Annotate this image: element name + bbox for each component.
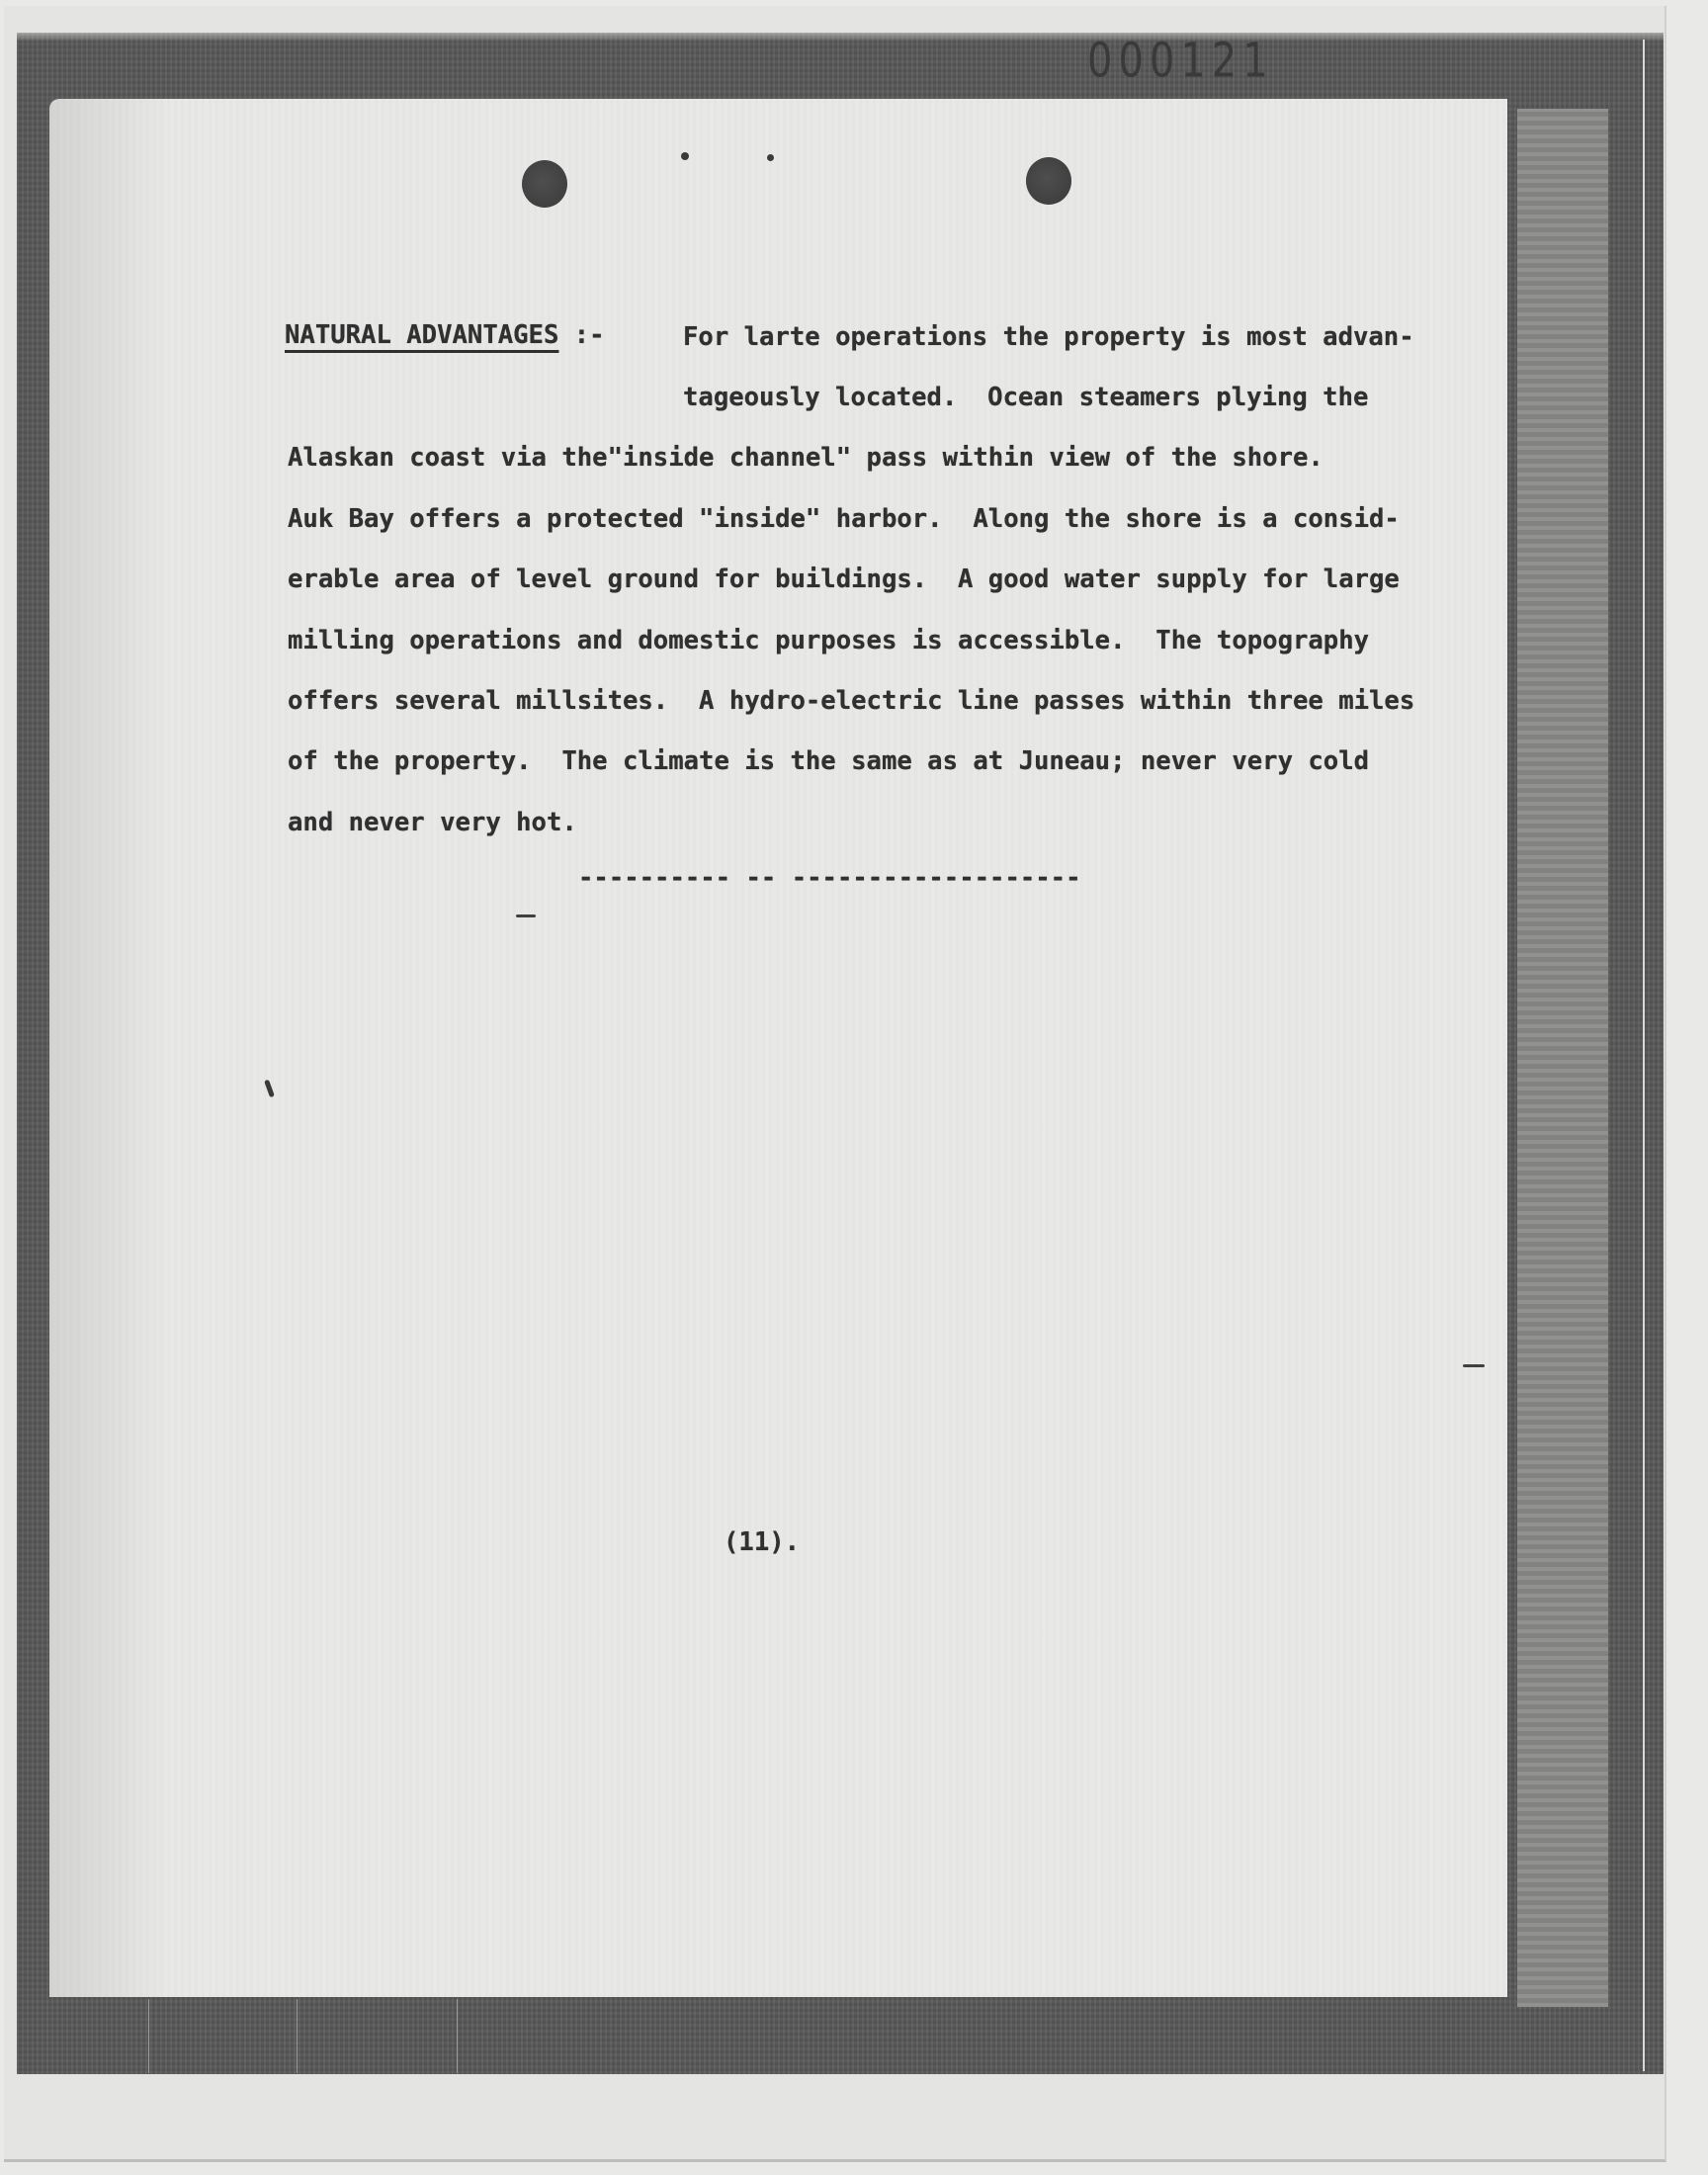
body-line: of the property. The climate is the same…	[288, 749, 1369, 775]
stray-mark	[1463, 1364, 1485, 1367]
section-heading: NATURAL ADVANTAGES :-	[285, 323, 605, 349]
frame-right-band	[1517, 109, 1608, 2007]
body-line: and never very hot.	[288, 811, 577, 836]
document-stamp-number: 000121	[1087, 38, 1274, 85]
punch-hole-icon	[522, 160, 567, 208]
punch-hole-icon	[1026, 157, 1071, 205]
frame-top-fade	[17, 26, 1664, 42]
body-line: For larte operations the property is mos…	[683, 325, 1414, 351]
body-line: offers several millsites. A hydro-electr…	[288, 689, 1414, 715]
body-line: milling operations and domestic purposes…	[288, 629, 1369, 654]
section-divider: ---------- -- -------------------	[578, 866, 1081, 892]
stray-mark	[516, 914, 536, 917]
body-line: tageously located. Ocean steamers plying…	[683, 386, 1368, 411]
frame-scan-line	[297, 1999, 298, 2073]
section-heading-suffix: :-	[558, 320, 604, 350]
frame-scan-line	[457, 1999, 458, 2073]
body-line: Auk Bay offers a protected "inside" harb…	[288, 507, 1400, 533]
page-number: (11).	[724, 1530, 800, 1556]
speck-mark	[767, 154, 774, 161]
speck-mark	[681, 152, 689, 160]
frame-scan-line	[148, 1999, 149, 2073]
body-line: erable area of level ground for building…	[288, 567, 1400, 593]
section-heading-text: NATURAL ADVANTAGES	[285, 320, 558, 350]
frame-right-line	[1643, 40, 1645, 2071]
page-left-shade	[49, 99, 168, 1997]
body-line: Alaskan coast via the"inside channel" pa…	[288, 446, 1324, 472]
